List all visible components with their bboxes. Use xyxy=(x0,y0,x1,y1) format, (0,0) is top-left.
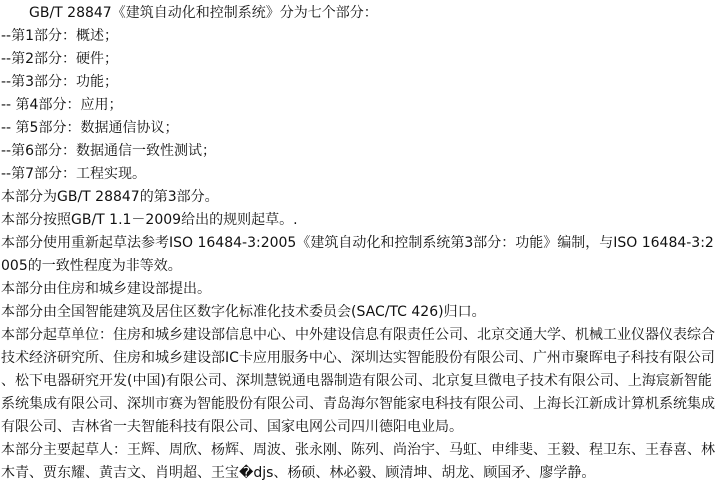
paragraph-part-statement: 本部分为GB/T 28847的第3部分。 xyxy=(1,186,717,209)
part-item-5: -- 第5部分：数据通信协议； xyxy=(1,117,717,140)
paragraph-drafting-rules: 本部分按照GB/T 1.1－2009给出的规则起草。. xyxy=(1,209,717,232)
part-item-2: --第2部分：硬件； xyxy=(1,48,717,71)
part-item-6: --第6部分：数据通信一致性测试； xyxy=(1,140,717,163)
part-item-1: --第1部分：概述； xyxy=(1,25,717,48)
paragraph-drafting-units: 本部分起草单位：住房和城乡建设部信息中心、中外建设信息有限责任公司、北京交通大学… xyxy=(1,324,717,439)
paragraph-proposer: 本部分由住房和城乡建设部提出。 xyxy=(1,278,717,301)
paragraph-drafters: 本部分主要起草人：王辉、周欣、杨辉、周波、张永刚、陈列、尚治宇、马虹、申绯斐、王… xyxy=(1,439,717,481)
paragraph-iso-reference: 本部分使用重新起草法参考ISO 16484-3:2005《建筑自动化和控制系统第… xyxy=(1,232,717,278)
paragraph-committee: 本部分由全国智能建筑及居住区数字化标准化技术委员会(SAC/TC 426)归口。 xyxy=(1,301,717,324)
part-item-4: -- 第4部分：应用； xyxy=(1,94,717,117)
document-body: GB/T 28847《建筑自动化和控制系统》分为七个部分： --第1部分：概述；… xyxy=(0,0,717,481)
part-item-3: --第3部分：功能； xyxy=(1,71,717,94)
document-intro: GB/T 28847《建筑自动化和控制系统》分为七个部分： xyxy=(1,2,717,25)
part-item-7: --第7部分：工程实现。 xyxy=(1,163,717,186)
